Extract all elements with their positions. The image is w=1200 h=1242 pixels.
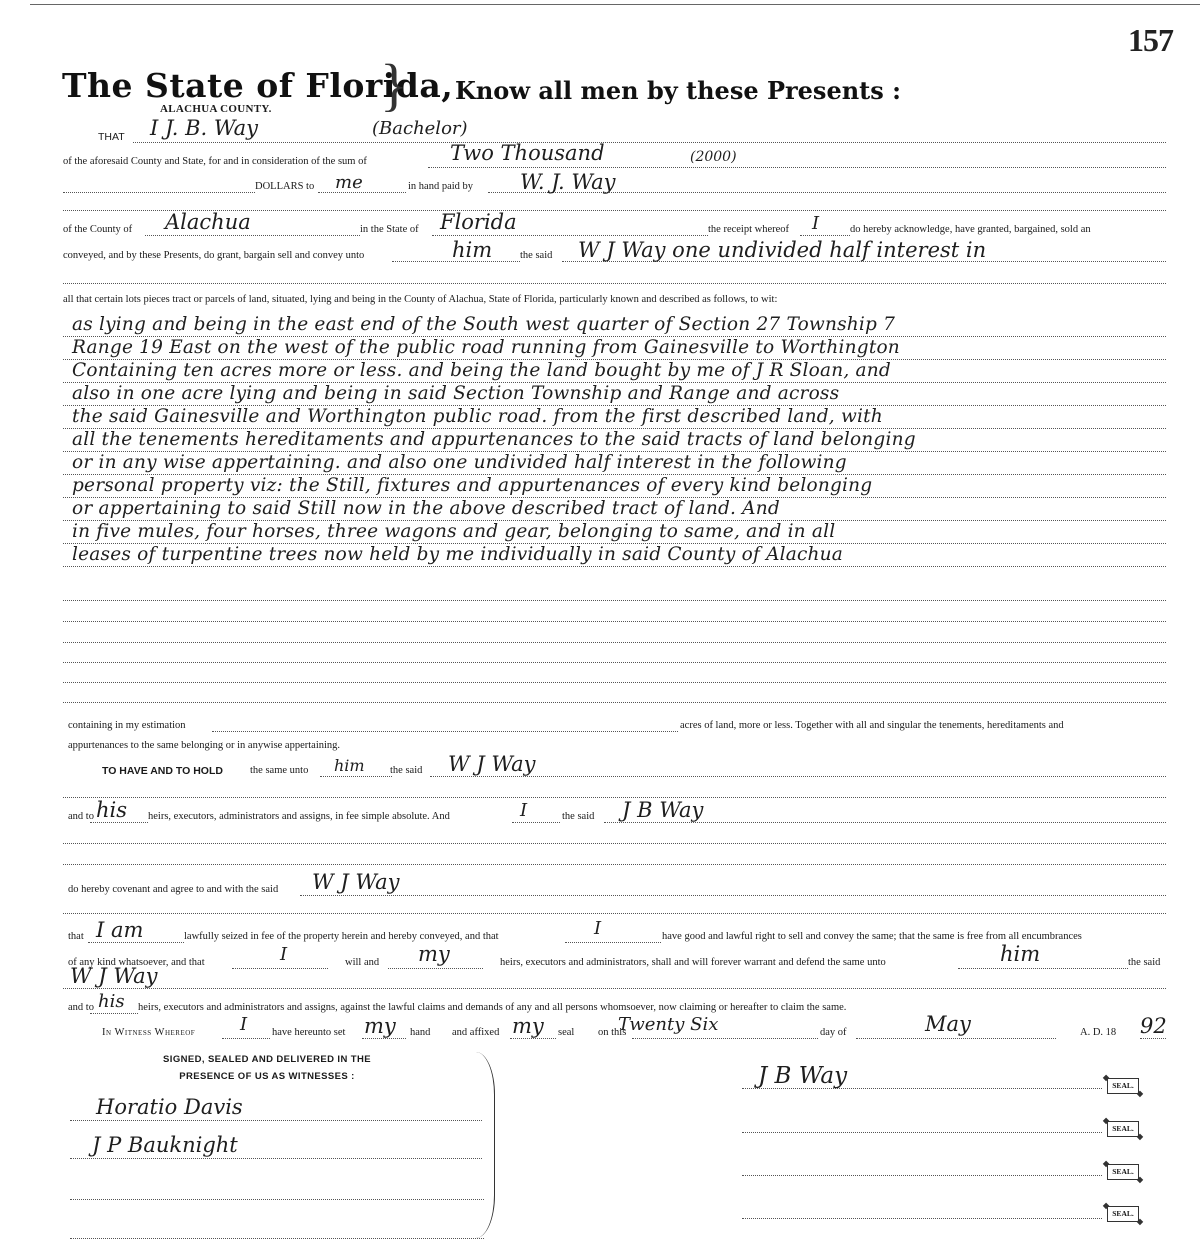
witness-signature: Horatio Davis [96, 1097, 243, 1118]
paid-by-value: W. J. Way [520, 172, 616, 193]
defend-grantee-value: W J Way [70, 966, 158, 987]
and-who-value: I [520, 802, 527, 820]
blank-rule [63, 913, 1166, 914]
defend-unto-line [958, 968, 1128, 969]
affixed-whose-line [510, 1038, 556, 1039]
right-label: have good and lawful right to sell and c… [662, 932, 1082, 943]
habendum-grantor: J B Way [622, 800, 703, 821]
that-who2-value: I [594, 920, 601, 938]
defend-unto-value: him [1000, 944, 1040, 965]
county-of-value: Alachua [165, 212, 251, 233]
consideration-label: of the aforesaid County and State, for a… [63, 157, 367, 168]
description-line: the said Gainesville and Worthington pub… [72, 408, 883, 427]
description-line: all the tenements hereditaments and appu… [72, 431, 916, 450]
set-whose-line [362, 1038, 406, 1039]
year-value: 92 [1140, 1016, 1167, 1037]
blank-rule [63, 702, 1166, 703]
that-label-2: that [68, 932, 84, 943]
will-and-label: will and [345, 958, 379, 969]
seal-stamp: SEAL. [1107, 1164, 1139, 1180]
seal-stamp: SEAL. [1107, 1078, 1139, 1094]
and-who-line [512, 822, 560, 823]
grantor-status: (Bachelor) [372, 120, 468, 138]
page-top-edge [30, 4, 1200, 5]
state-of-value: Florida [440, 212, 517, 233]
witness-line [70, 1158, 482, 1159]
will-who-line [232, 968, 328, 969]
page-number: 157 [1128, 22, 1173, 59]
same-unto-label: the same unto [250, 766, 308, 777]
and-to-label-2: and to [68, 1003, 94, 1014]
same-unto-value: him [334, 758, 365, 774]
month-line [856, 1038, 1056, 1039]
description-rule [63, 566, 1166, 567]
grantee-clause: W J Way one undivided half interest in [578, 240, 986, 261]
and-to-value: his [96, 800, 127, 821]
blank-rule [63, 797, 1166, 798]
county-label: ALACHUA COUNTY. [160, 103, 272, 115]
defend-heirs-label: heirs, executors and administrators, sha… [500, 958, 886, 969]
witnesses-heading-1: SIGNED, SEALED AND DELIVERED IN THE [117, 1054, 417, 1065]
defend-the-said-label: the said [1128, 958, 1160, 969]
affixed-whose-value: my [512, 1016, 544, 1037]
grantor-name: I J. B. Way [150, 118, 258, 139]
seal-word-label: seal [558, 1028, 574, 1039]
hand-label: hand [410, 1028, 430, 1039]
blank-rule [63, 864, 1166, 865]
witness-line [70, 1238, 484, 1239]
county-of-line [145, 235, 360, 236]
habendum-grantee-line [430, 776, 1166, 777]
in-witness-label: In Witness Whereof [102, 1028, 195, 1039]
set-whose-value: my [364, 1016, 396, 1037]
description-line: also in one acre lying and being in said… [72, 385, 839, 404]
sum-figure: (2000) [690, 150, 737, 164]
and-to-value-2: his [98, 993, 125, 1011]
affixed-label: and affixed [452, 1028, 499, 1039]
blank-rule [63, 600, 1166, 601]
signer-line [742, 1175, 1102, 1176]
habendum-grantor-line [604, 822, 1166, 823]
that-who-value: I am [96, 920, 143, 941]
witness-brace [476, 1052, 495, 1238]
the-said-label: the said [520, 251, 552, 262]
that-who-line [88, 942, 184, 943]
description-line: or appertaining to said Still now in the… [72, 500, 780, 519]
description-line: Containing ten acres more or less. and b… [72, 362, 891, 381]
habendum-the-said2-label: the said [562, 812, 594, 823]
covenant-with-value: W J Way [312, 872, 400, 893]
sum-words: Two Thousand [450, 143, 605, 164]
document-subtitle: Know all men by these Presents : [455, 76, 901, 105]
containing-label: containing in my estimation [68, 721, 186, 732]
state-of-line [432, 235, 708, 236]
acres-label: acres of land, more or less. Together wi… [680, 721, 1064, 732]
habendum-grantee: W J Way [448, 754, 536, 775]
title-brace: } [380, 56, 408, 114]
blank-rule [63, 621, 1166, 622]
seized-label: lawfully seized in fee of the property h… [184, 932, 499, 943]
description-line: leases of turpentine trees now held by m… [72, 546, 843, 565]
description-line: Range 19 East on the west of the public … [72, 339, 900, 358]
receipt-who: I [812, 215, 819, 233]
signer-signature: J B Way [758, 1065, 847, 1088]
county-of-label: of the County of [63, 225, 132, 236]
receipt-line [800, 235, 850, 236]
year-line [1140, 1038, 1166, 1039]
will-who-value: I [280, 946, 287, 964]
covenant-label: do hereby covenant and agree to and with… [68, 885, 278, 896]
acres-line [212, 731, 678, 732]
description-line: personal property viz: the Still, fixtur… [72, 477, 872, 496]
and-to-line-2 [90, 1013, 138, 1014]
day-value: Twenty Six [618, 1016, 718, 1034]
seal-stamp: SEAL. [1107, 1206, 1139, 1222]
conveyed-label: conveyed, and by these Presents, do gran… [63, 251, 364, 262]
appurtenances-label: appurtenances to the same belonging or i… [68, 741, 340, 752]
day-of-label: day of [820, 1028, 847, 1039]
description-line: as lying and being in the east end of th… [72, 316, 895, 335]
day-line [632, 1038, 818, 1039]
seal-stamp: SEAL. [1107, 1121, 1139, 1137]
blank-rule [63, 662, 1166, 663]
signer-line [742, 1218, 1102, 1219]
sum-line [428, 167, 1166, 168]
and-to-line [90, 822, 148, 823]
ad-label: A. D. 18 [1080, 1028, 1116, 1039]
witnesses-heading-2: PRESENCE OF US AS WITNESSES : [117, 1071, 417, 1082]
witness-signature: J P Bauknight [92, 1135, 238, 1156]
to-have-label: TO HAVE AND TO HOLD [102, 766, 223, 777]
that-label: THAT [98, 132, 125, 143]
witness-line [70, 1120, 482, 1121]
all-that-label: all that certain lots pieces tract or pa… [63, 295, 777, 306]
dollars-to-value: me [335, 174, 363, 192]
dollars-to-label: DOLLARS to [255, 182, 314, 193]
habendum-the-said-label: the said [390, 766, 422, 777]
signer-line [742, 1132, 1102, 1133]
grantor-line [133, 142, 1166, 143]
month-value: May [925, 1014, 971, 1035]
witness-line [70, 1199, 484, 1200]
blank-rule [63, 843, 1166, 844]
witness-who-value: I [240, 1016, 247, 1034]
same-unto-line [320, 776, 392, 777]
heirs-label: heirs, executors, administrators and ass… [148, 812, 450, 823]
will-and-value: my [418, 944, 450, 965]
description-line: or in any wise appertaining. and also on… [72, 454, 847, 473]
state-of-label: in the State of [360, 225, 419, 236]
convey-unto-value: him [452, 240, 492, 261]
blank-rule [63, 642, 1166, 643]
will-and-line [388, 968, 483, 969]
witness-who-line [222, 1038, 270, 1039]
covenant-with-line [300, 895, 1166, 896]
receipt-label: the receipt whereof [708, 225, 789, 236]
blank-rule [63, 682, 1166, 683]
and-to-label: and to [68, 812, 94, 823]
acknowledge-label: do hereby acknowledge, have granted, bar… [850, 225, 1091, 236]
blank-line [63, 283, 1166, 284]
that-who2-line [565, 942, 661, 943]
dollars-line [63, 192, 255, 193]
description-line: in five mules, four horses, three wagons… [72, 523, 835, 542]
defend-grantee-line [63, 988, 1166, 989]
paid-by-label: in hand paid by [408, 182, 473, 193]
set-label: have hereunto set [272, 1028, 345, 1039]
claims-label: heirs, executors and administrators and … [138, 1003, 846, 1014]
